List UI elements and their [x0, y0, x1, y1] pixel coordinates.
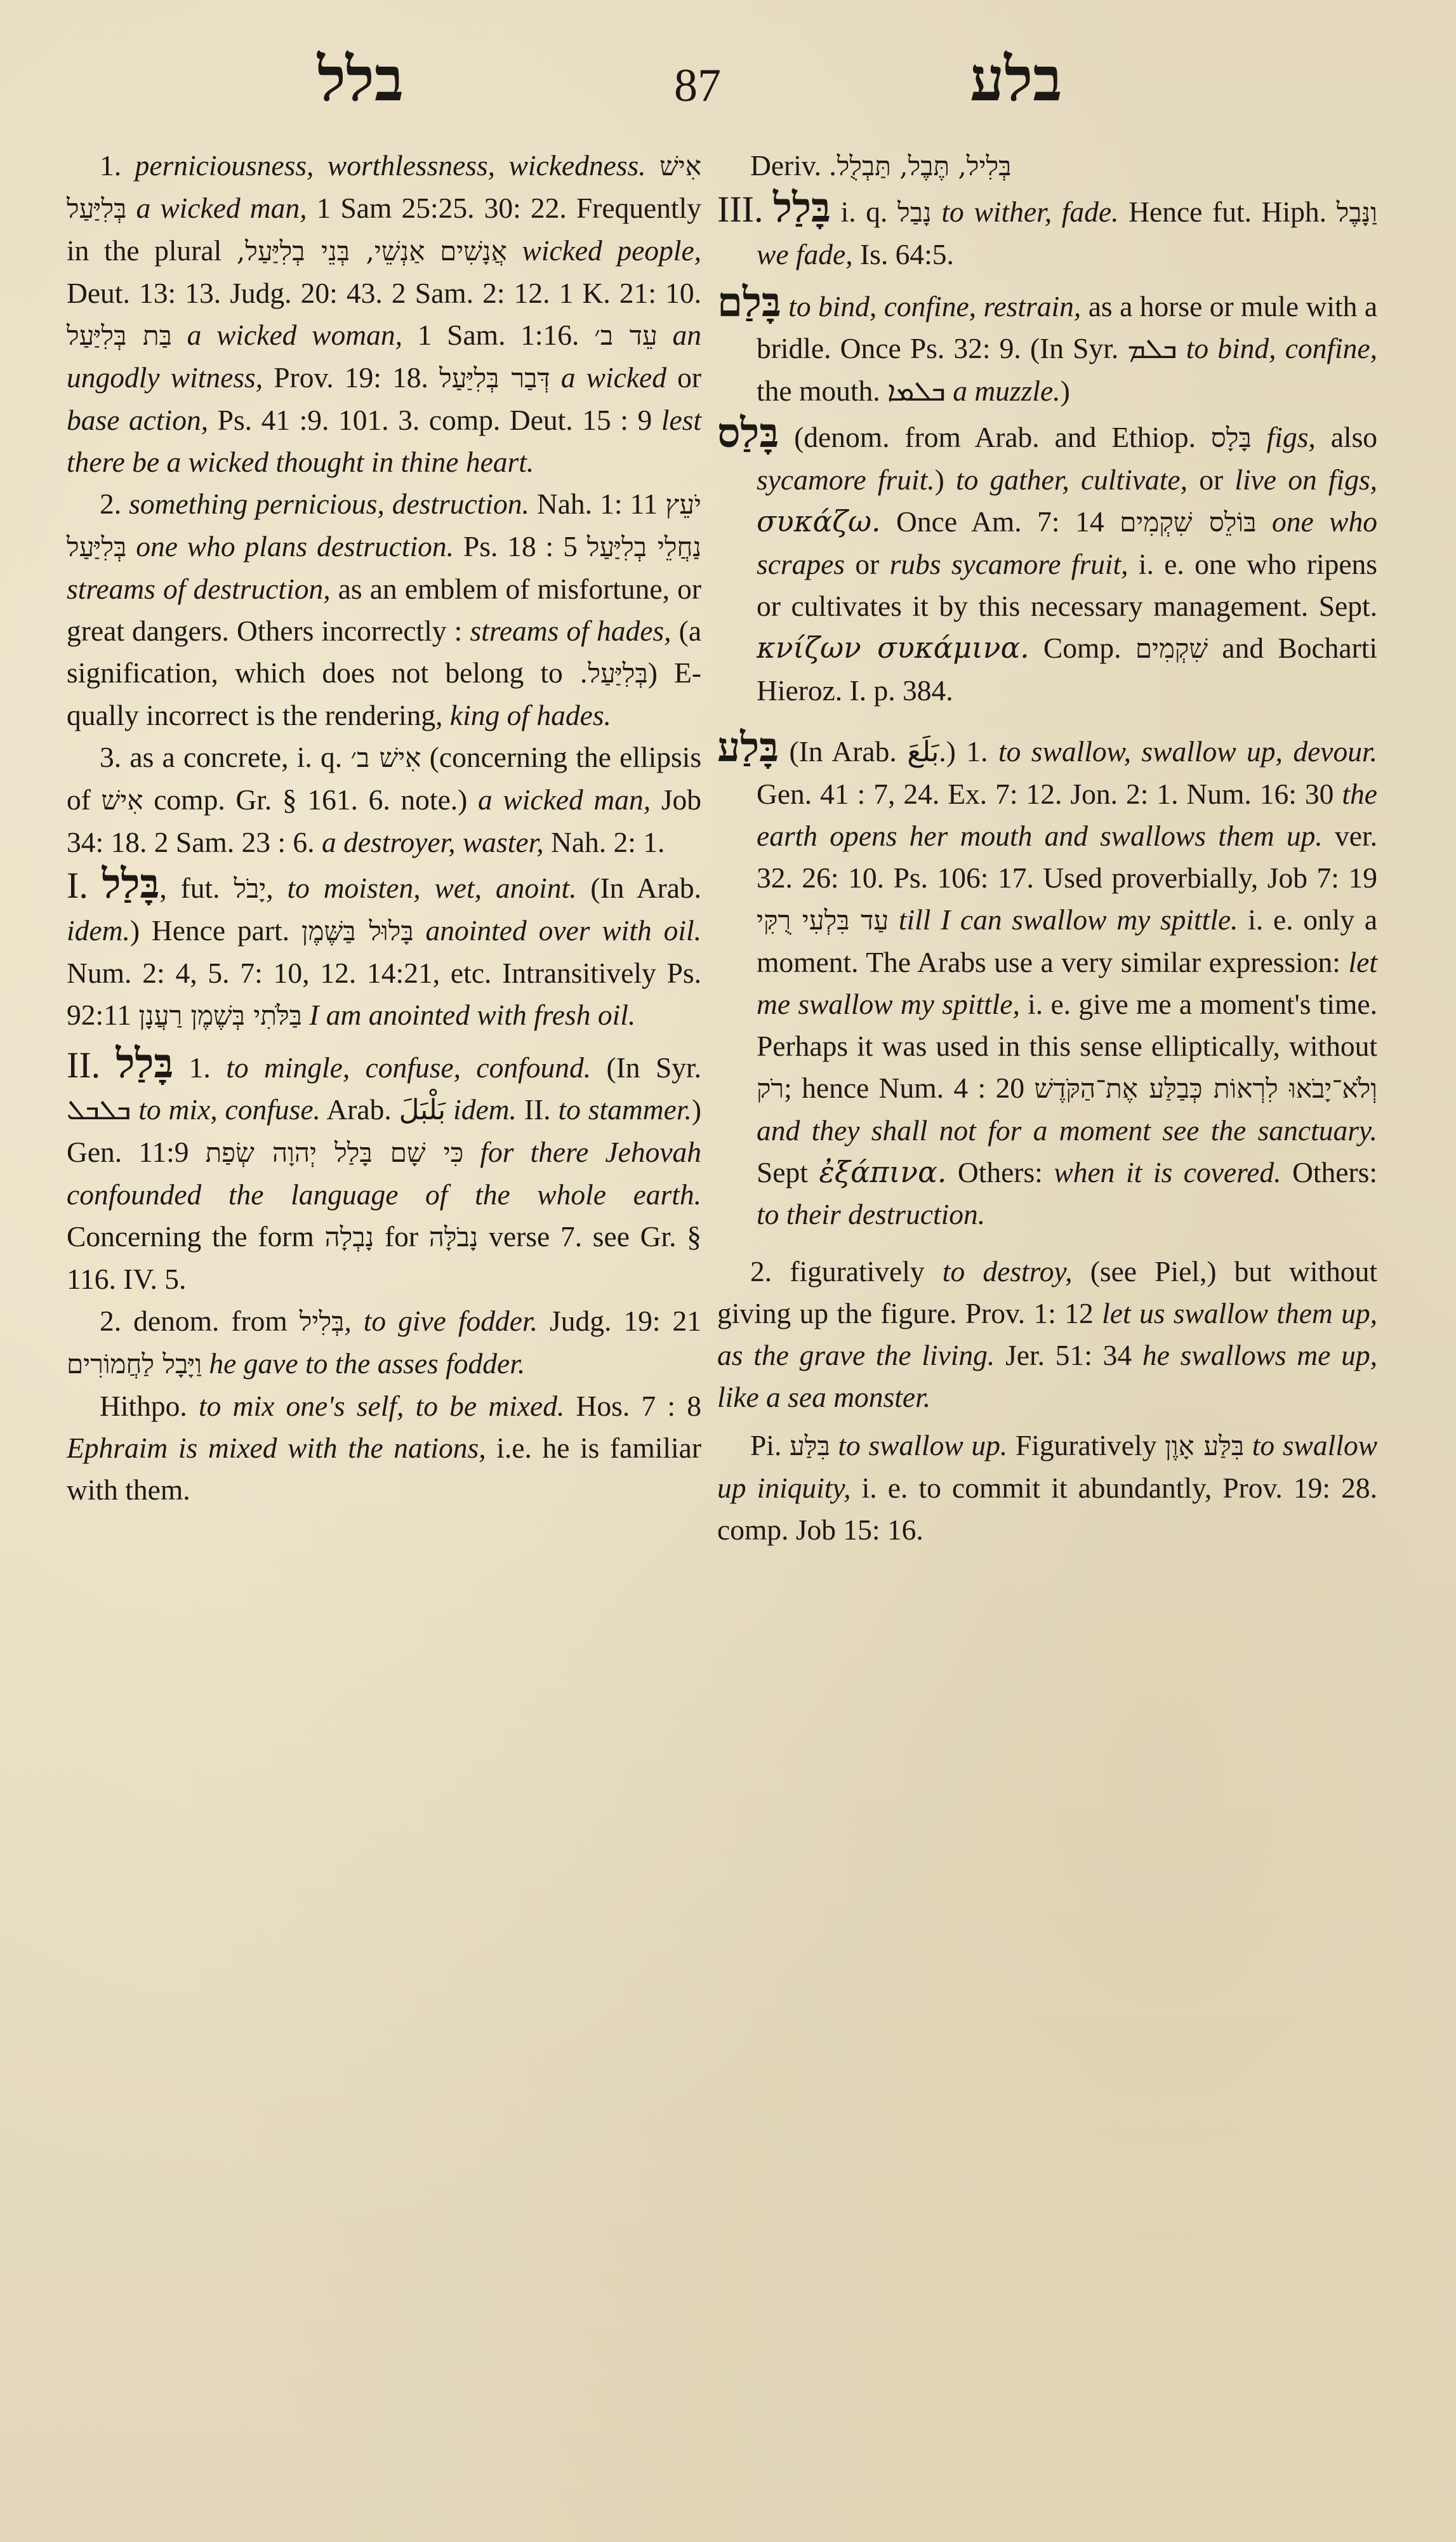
- entry-balal-II-hithpo: Hithpo. to mix one's self, to be mixed. …: [67, 1385, 701, 1511]
- running-head: בלל 87 בלע: [0, 38, 1456, 121]
- right-column: Deriv. בְּלִיל, תֶּבֶל, תַּבְלֻל. III. ב…: [717, 145, 1377, 1551]
- derivatives-line: Deriv. בְּלִיל, תֶּבֶל, תַּבְלֻל.: [717, 145, 1377, 187]
- entry-roman-numeral: III.: [717, 189, 763, 230]
- arabic-text: بَلَعَ: [907, 736, 939, 768]
- syriac-text: ܒܠܡܐ: [887, 375, 946, 408]
- headword: בָּלַל: [102, 860, 160, 908]
- entry-balal-I: I. בָּלַל, fut. יָבֹל, to moisten, wet, …: [67, 863, 701, 1037]
- entry-roman-numeral: I.: [67, 865, 88, 906]
- entry-balas: בָּלַס (denom. from Arab. and Ethiop. בָ…: [717, 413, 1377, 712]
- headword: בָּלַע: [717, 724, 779, 771]
- syriac-text: ܒܠܡ: [1127, 333, 1177, 365]
- headword: בָּלַל: [116, 1040, 174, 1088]
- page-number: 87: [674, 51, 721, 121]
- entry-balam: בָּלַם to bind, confine, restrain, as a …: [717, 282, 1377, 413]
- entry-balal-III: III. בָּלַל i. q. נָבַל to wither, fade.…: [717, 187, 1377, 276]
- entry-bala: בָּלַע (In Arab. بَلَعَ.) 1. to swallow,…: [717, 727, 1377, 1235]
- sense-2: 2. something pernicious, destruction. Na…: [67, 483, 701, 736]
- syriac-text: ܒܠܒܠ: [67, 1094, 131, 1126]
- greek-text: κνίζων συκάμινα.: [757, 631, 1029, 665]
- headword: בָּלַל: [773, 184, 831, 232]
- entry-bala-sense-2: 2. figuratively to destroy, (see Piel,) …: [717, 1251, 1377, 1418]
- entry-balal-II-sense-2: 2. denom. from בְּלִיל, to give fodder. …: [67, 1300, 701, 1385]
- entry-balal-II: II. בָּלַל 1. to mingle, confuse, confou…: [67, 1043, 701, 1300]
- running-head-right-word: בלע: [970, 44, 1062, 114]
- left-column: 1. perniciousness, worthlessness, wicked…: [67, 145, 701, 1511]
- entry-roman-numeral: II.: [67, 1044, 100, 1086]
- arabic-text: بَلْبَلَ: [399, 1094, 446, 1126]
- greek-text: ἐξάπινα.: [819, 1155, 946, 1189]
- greek-text: συκάζω.: [757, 505, 881, 538]
- dictionary-page: בלל 87 בלע 1. perniciousness, worthlessn…: [0, 0, 1456, 2542]
- headword: בָּלַם: [717, 279, 781, 326]
- gloss: perniciousness, worthlessness, wickednes…: [135, 149, 646, 182]
- entry-bala-piel: Pi. בִּלַּע to swallow up. Figuratively …: [717, 1425, 1377, 1551]
- running-head-left-word: בלל: [317, 44, 404, 114]
- sense-3: 3. as a concrete, i. q. אִישׁ ב׳ (concer…: [67, 736, 701, 863]
- headword: בָּלַס: [717, 409, 779, 457]
- sense-1: 1. perniciousness, worthlessness, wicked…: [67, 145, 701, 483]
